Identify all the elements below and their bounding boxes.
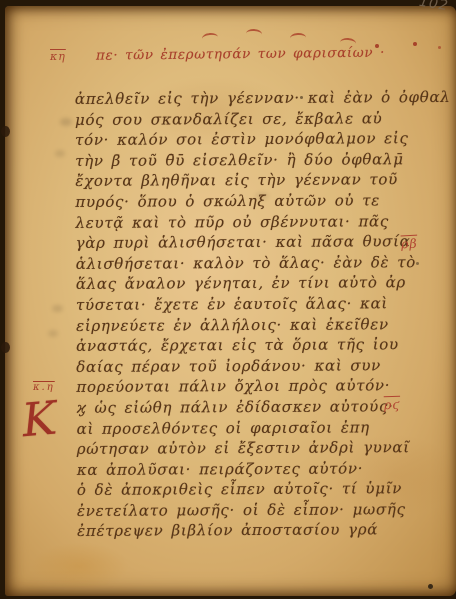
text-block: ἀπελθεῖν εἰς τὴν γέενναν· καὶ ἐὰν ὁ ὀφθα… bbox=[75, 88, 423, 543]
text-line: ἔχοντα βληθῆναι εἰς τὴν γέενναν τοῦ bbox=[75, 170, 421, 192]
text-line: λευτᾷ καὶ τὸ πῦρ οὐ σβέννυται· πᾶς bbox=[75, 212, 421, 234]
rubric-heading: πε· τῶν ἐπερωτησάν των φαρισαίων · bbox=[96, 44, 416, 63]
ink-speck bbox=[428, 584, 433, 589]
text-line: τύσεται· ἔχετε ἐν ἑαυτοῖς ἅλας· καὶ bbox=[76, 294, 422, 316]
decorated-initial: Κ bbox=[20, 395, 58, 444]
show-through-smudge bbox=[55, 150, 65, 157]
text-line: δαίας πέραν τοῦ ἰορδάνου· καὶ συν bbox=[76, 356, 422, 378]
text-line: πορεύονται πάλιν ὄχλοι πρὸς αὐτόν· bbox=[76, 376, 422, 398]
text-line: τὴν β̄ τοῦ θ̄ῡ εἰσελθεῖν· ἢ δύο ὀφθαλμ̄ bbox=[75, 150, 421, 172]
text-line: ἀναστάς, ἔρχεται εἰς τὰ ὅρια τῆς ἰου bbox=[76, 335, 422, 357]
text-line: εἰρηνεύετε ἐν ἀλλήλοις· καὶ ἐκεῖθεν bbox=[76, 315, 422, 337]
text-line: μός σου σκανδαλίζει σε, ἔκβαλε αὐ bbox=[75, 109, 421, 131]
sewing-notch bbox=[1, 126, 10, 137]
ammonian-section-number: ρϛ bbox=[384, 397, 401, 413]
text-line: ἀπελθεῖν εἰς τὴν γέενναν· καὶ ἐὰν ὁ ὀφθα… bbox=[75, 88, 421, 110]
show-through-smudge bbox=[60, 118, 72, 126]
text-line: ἐνετείλατο μωσῆς· οἱ δὲ εἶπον· μωσῆς bbox=[77, 500, 423, 522]
text-line: γὰρ πυρὶ ἁλισθήσεται· καὶ πᾶσα θυσία bbox=[76, 232, 422, 254]
show-through-smudge bbox=[48, 330, 58, 337]
text-line: τόν· καλόν σοι ἐστὶν μονόφθαλμον εἰς bbox=[75, 129, 421, 151]
text-line: ὁ δὲ ἀποκριθεὶς εἶπεν αὐτοῖς· τί ὑμῖν bbox=[77, 479, 423, 501]
sewing-notch bbox=[1, 342, 10, 353]
text-line: ϗ ὡς εἰώθη πάλιν ἐδίδασκεν αὐτούς· bbox=[76, 397, 422, 419]
text-line: ἁλισθήσεται· καλὸν τὸ ἅλας· ἐὰν δὲ τὸ bbox=[76, 253, 422, 275]
text-line: ἐπέτρεψεν βιβλίον ἀποστασίου γρά bbox=[77, 521, 423, 543]
text-line: ρώτησαν αὐτὸν εἰ ἔξεστιν ἀνδρὶ γυναῖ bbox=[77, 438, 423, 460]
text-line: πυρός· ὅπου ὁ σκώληξ αὐτῶν οὐ τε bbox=[75, 191, 421, 213]
kephalaion-number-top: κη bbox=[50, 50, 66, 63]
ammonian-section-number: ρβ bbox=[401, 236, 418, 252]
rubric-dot bbox=[413, 42, 417, 46]
rubric-dot bbox=[375, 44, 379, 48]
manuscript-photo: 102 κη πε· τῶν ἐπερωτησάν των φαρισαίων … bbox=[0, 0, 456, 599]
text-line: ἅλας ἄναλον γένηται, ἐν τίνι αὐτὸ ἀρ bbox=[76, 273, 422, 295]
text-line: αὶ προσελθόντες οἱ φαρισαῖοι ἐπη bbox=[77, 418, 423, 440]
show-through-smudge bbox=[52, 305, 63, 312]
text-line: κα ἀπολῦσαι· πειράζοντες αὐτόν· bbox=[77, 459, 423, 481]
rubric-dot bbox=[438, 46, 441, 49]
